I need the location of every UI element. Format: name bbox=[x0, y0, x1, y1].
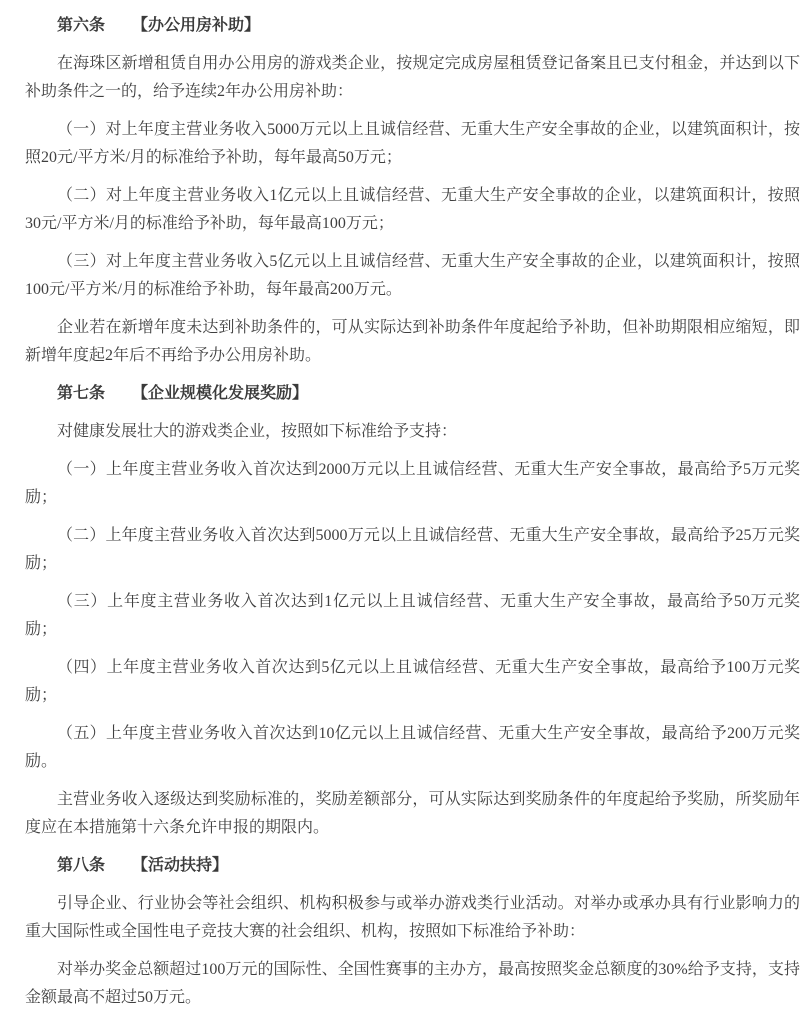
article-7-item-4: （四）上年度主营业务收入首次达到5亿元以上且诚信经营、无重大生产安全事故，最高给… bbox=[25, 654, 800, 710]
article-6-intro: 在海珠区新增租赁自用办公用房的游戏类企业，按规定完成房屋租赁登记备案且已支付租金… bbox=[25, 50, 800, 106]
article-7-title: 【企业规模化发展奖励】 bbox=[132, 385, 308, 402]
article-8-heading: 第八条【活动扶持】 bbox=[25, 852, 800, 880]
article-6-item-3: （三）对上年度主营业务收入5亿元以上且诚信经营、无重大生产安全事故的企业，以建筑… bbox=[25, 248, 800, 304]
article-6-item-2: （二）对上年度主营业务收入1亿元以上且诚信经营、无重大生产安全事故的企业，以建筑… bbox=[25, 182, 800, 238]
article-7-item-2: （二）上年度主营业务收入首次达到5000万元以上且诚信经营、无重大生产安全事故，… bbox=[25, 522, 800, 578]
article-7-heading: 第七条【企业规模化发展奖励】 bbox=[25, 380, 800, 408]
article-8-intro: 引导企业、行业协会等社会组织、机构积极参与或举办游戏类行业活动。对举办或承办具有… bbox=[25, 890, 800, 946]
article-7-note: 主营业务收入逐级达到奖励标准的，奖励差额部分，可从实际达到奖励条件的年度起给予奖… bbox=[25, 786, 800, 842]
article-6-heading: 第六条【办公用房补助】 bbox=[25, 12, 800, 40]
article-6-number: 第六条 bbox=[57, 17, 105, 34]
article-8-title: 【活动扶持】 bbox=[132, 857, 228, 874]
article-7-intro: 对健康发展壮大的游戏类企业，按照如下标准给予支持： bbox=[25, 418, 800, 446]
policy-document: 第六条【办公用房补助】 在海珠区新增租赁自用办公用房的游戏类企业，按规定完成房屋… bbox=[25, 12, 800, 1012]
article-7-item-5: （五）上年度主营业务收入首次达到10亿元以上且诚信经营、无重大生产安全事故，最高… bbox=[25, 720, 800, 776]
article-7-number: 第七条 bbox=[57, 385, 105, 402]
article-8-item-1: 对举办奖金总额超过100万元的国际性、全国性赛事的主办方，最高按照奖金总额度的3… bbox=[25, 956, 800, 1012]
article-8-number: 第八条 bbox=[57, 857, 105, 874]
article-6-title: 【办公用房补助】 bbox=[132, 17, 260, 34]
article-7-item-3: （三）上年度主营业务收入首次达到1亿元以上且诚信经营、无重大生产安全事故，最高给… bbox=[25, 588, 800, 644]
article-7-item-1: （一）上年度主营业务收入首次达到2000万元以上且诚信经营、无重大生产安全事故，… bbox=[25, 456, 800, 512]
article-6-note: 企业若在新增年度未达到补助条件的，可从实际达到补助条件年度起给予补助，但补助期限… bbox=[25, 314, 800, 370]
article-6-item-1: （一）对上年度主营业务收入5000万元以上且诚信经营、无重大生产安全事故的企业，… bbox=[25, 116, 800, 172]
